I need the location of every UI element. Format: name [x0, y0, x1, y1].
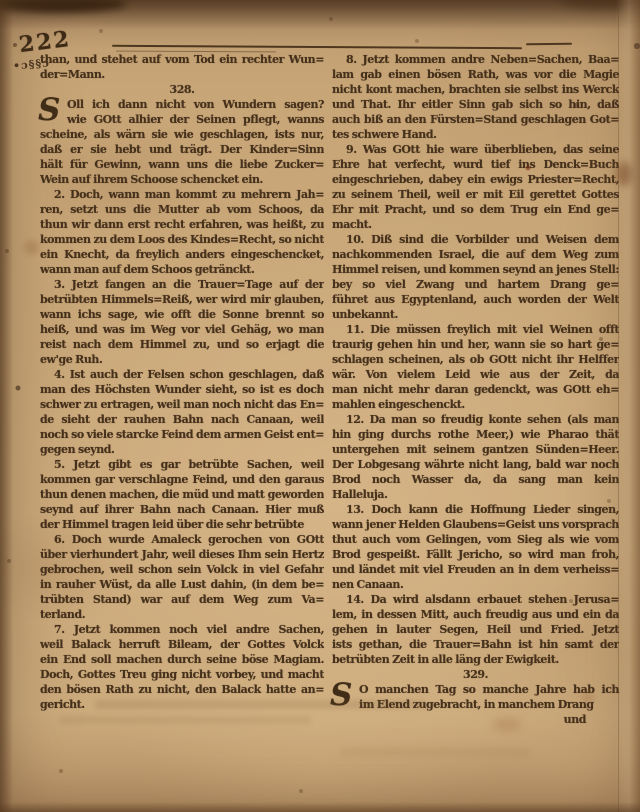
- line-text: schlagen scheinen, als ob GOtt nicht ihr…: [332, 353, 619, 366]
- line-text: 8. Jetzt kommen andre Neben=Sachen, Baa=: [346, 53, 619, 66]
- text-line-right-18: unbekannt.: [332, 307, 619, 322]
- line-text: wann man auf dem Schoos getränckt.: [40, 263, 254, 276]
- text-line-right-1: 8. Jetzt kommen andre Neben=Sachen, Baa=: [332, 52, 619, 67]
- line-text: der Himmel tragen leid über die sehr bet…: [40, 518, 304, 532]
- line-text: hin ging durchs rothe Meer,) wie Pharao …: [332, 428, 619, 441]
- line-text: 2. Doch, wann man kommt zu mehrern Jah=: [54, 188, 324, 201]
- line-text: gehen in lauter Segen, Heil und Fried. J…: [332, 623, 619, 636]
- text-line-left-39: 7. Jetzt kommen noch viel andre Sachen,: [40, 622, 324, 637]
- line-text: 9. Was GOtt hie ware überblieben, das se…: [346, 143, 619, 156]
- line-text: wie GOtt alhier der Seinen pflegt, wanns: [67, 113, 324, 126]
- text-line-left-22: 4. Ist auch der Felsen schon geschlagen,…: [40, 367, 324, 382]
- text-line-left-25: de sieht der rauhen Bahn nach Canaan, we…: [40, 412, 324, 427]
- line-text: im Elend zugebracht, in manchem Drang: [359, 698, 594, 711]
- line-text: lem, in dessen Mitt, auch freudig aus un…: [332, 608, 619, 621]
- line-text: hält für Gewinn, wann uns die liebe Zuck…: [40, 158, 324, 171]
- line-text: 7. Jetzt kommen noch viel andre Sachen,: [54, 623, 324, 636]
- line-text: 3. Jetzt fangen an die Trauer=Tage auf d…: [54, 278, 324, 291]
- text-line-right-12: macht.: [332, 217, 619, 232]
- line-text: tes schwere Hand.: [332, 128, 436, 141]
- ink-bleedthrough: [340, 748, 530, 756]
- text-line-right-15: Himmel reisen, und kommen seynd an jenes…: [332, 262, 619, 277]
- text-line-left-16: 3. Jetzt fangen an die Trauer=Tage auf d…: [40, 277, 324, 292]
- line-text: Ehr mit Pracht, und so dem Trug ein End …: [332, 203, 619, 216]
- text-line-right-19: 11. Die müssen freylich mit viel Weinen …: [332, 322, 619, 337]
- line-text: Himmel reisen, und kommen seynd an jenes…: [332, 263, 619, 276]
- text-line-left-43: den bösen Rath zu nicht, den Balack hatt…: [40, 682, 324, 697]
- line-text: nen Canaan.: [332, 578, 403, 591]
- line-text: seynd auf ihrer Bahn nach Canaan. Hier m…: [40, 503, 324, 516]
- line-text: traurig gehen hin und her, wann sie so h…: [332, 338, 619, 351]
- text-line-right-38: lem, in dessen Mitt, auch freudig aus un…: [332, 607, 619, 622]
- line-text: trübten Stand) war auf dem Weg zum Va=: [40, 593, 324, 606]
- text-line-right-42: 329.: [332, 667, 619, 682]
- text-line-right-7: 9. Was GOtt hie ware überblieben, das se…: [332, 142, 619, 157]
- line-text: thun wir dann erst recht erfahren, was h…: [40, 218, 324, 231]
- line-text: gericht.: [40, 698, 85, 711]
- line-text: 329.: [463, 668, 488, 681]
- text-line-right-8: Ehre hat verfecht, wurd tief ins Denck=B…: [332, 157, 619, 172]
- line-text: in rauher Wüst, da alle Lust dahin, (in …: [40, 578, 324, 591]
- line-text: kommen gar verschlagne Feind, und den ga…: [40, 473, 324, 486]
- line-text: kommen zu dem Loos des Kindes=Recht, so …: [40, 233, 324, 246]
- text-line-left-36: in rauher Wüst, da alle Lust dahin, (in …: [40, 577, 324, 592]
- text-line-left-5: wie GOtt alhier der Seinen pflegt, wanns: [40, 112, 324, 127]
- line-text: eingeschrieben, dabey ein ewigs Priester…: [332, 173, 619, 186]
- text-line-left-12: thun wir dann erst recht erfahren, was h…: [40, 217, 324, 232]
- text-line-left-11: ren, setzt uns die Mutter ab vom Schoos,…: [40, 202, 324, 217]
- line-text: 6. Doch wurde Amaleck gerochen von GOtt: [54, 533, 324, 546]
- text-line-left-40: weil Balack herruft Bileam, der Gottes V…: [40, 637, 324, 652]
- text-line-right-21: schlagen scheinen, als ob GOtt nicht ihr…: [332, 352, 619, 367]
- text-line-right-11: Ehr mit Pracht, und so dem Trug ein End …: [332, 202, 619, 217]
- text-line-left-24: schwer zu ertragen, weil man noch nicht …: [40, 397, 324, 412]
- text-line-left-34: über vierhundert Jahr, weil dieses Ihm s…: [40, 547, 324, 562]
- line-text: 13. Doch kann die Hoffnung Lieder singen…: [346, 503, 619, 516]
- line-text: de sieht der rauhen Bahn nach Canaan, we…: [40, 413, 324, 426]
- line-text: Wein auf ihrem Schoose schencket ein.: [40, 173, 263, 186]
- line-text: führet aus Egyptenland, auch worden der …: [332, 293, 619, 306]
- line-text: reist nach dem Himmel zu, und so erjagt …: [40, 338, 324, 351]
- header-rule-right: [526, 43, 572, 45]
- text-line-right-45: und: [332, 712, 619, 727]
- text-line-right-9: eingeschrieben, dabey ein ewigs Priester…: [332, 172, 619, 187]
- text-line-left-41: ein End soll machen durch seine böse Mag…: [40, 652, 324, 667]
- line-text: ein End soll machen durch seine böse Mag…: [40, 653, 324, 666]
- line-text: 328.: [170, 83, 195, 96]
- text-line-left-28: 5. Jetzt gibt es gar betrübte Sachen, we…: [40, 457, 324, 472]
- text-line-right-10: zu seinem Theil, weil er mit Eil gerette…: [332, 187, 619, 202]
- text-line-left-9: Wein auf ihrem Schoose schencket ein.: [40, 172, 324, 187]
- text-line-left-42: Doch, Gottes Treu ging nicht vorbey, und…: [40, 667, 324, 682]
- text-line-right-17: führet aus Egyptenland, auch worden der …: [332, 292, 619, 307]
- text-line-right-34: Brod gespeißt. Fällt Jericho, so wird ma…: [332, 547, 619, 562]
- line-text: thut auch vom Gelingen, vom Sieg als wie…: [332, 533, 619, 546]
- text-line-left-17: betrübten Himmels=Reiß, wer wird mir gla…: [40, 292, 324, 307]
- line-text: 11. Die müssen freylich mit viel Weinen …: [346, 323, 619, 336]
- text-line-right-28: Der Lobgesang währte nicht lang, bald wa…: [332, 457, 619, 472]
- text-line-right-22: wär. Von vielem Leid wie aus der Zeit, d…: [332, 367, 619, 382]
- text-line-right-35: und ländet mit viel Freuden an in dem ve…: [332, 562, 619, 577]
- text-line-left-8: hält für Gewinn, wann uns die liebe Zuck…: [40, 157, 324, 172]
- line-text: nachkommenden Israel, die auf dem Weg zu…: [332, 248, 619, 261]
- line-text: schwer zu ertragen, weil man noch nicht …: [40, 398, 324, 411]
- line-text: gebrochen, weil schon sein Volck in viel…: [40, 563, 324, 576]
- text-line-right-6: tes schwere Hand.: [332, 127, 619, 142]
- line-text: wär. Von vielem Leid wie aus der Zeit, d…: [332, 368, 619, 381]
- line-text: ists gethan, die Trauer=Bahn ist hin sam…: [332, 638, 619, 651]
- line-text: den bösen Rath zu nicht, den Balack hatt…: [40, 683, 324, 696]
- text-line-right-16: bey so viel Zwang und hartem Drang ge=: [332, 277, 619, 292]
- line-text: und ländet mit viel Freuden an in dem ve…: [332, 563, 619, 576]
- line-text: O manchen Tag so manche Jahre hab ich: [359, 683, 619, 696]
- text-line-left-14: ein Knecht, da freylich anders eingesche…: [40, 247, 324, 262]
- text-line-left-15: wann man auf dem Schoos getränckt.: [40, 262, 324, 277]
- line-text: Oll ich dann nicht von Wundern sagen?: [67, 98, 324, 111]
- text-line-left-29: kommen gar verschlagne Feind, und den ga…: [40, 472, 324, 487]
- line-text: auch biß an den Fürsten=Stand geschlagen…: [332, 113, 619, 126]
- header-rule-left: [112, 45, 522, 50]
- line-text: 10. Diß sind die Vorbilder und Weisen de…: [346, 233, 619, 246]
- page-top-edge-shadow: [0, 0, 640, 30]
- text-line-right-44: im Elend zugebracht, in manchem Drang: [332, 697, 619, 712]
- text-line-left-23: man des Höchsten Wunder sieht, so ist es…: [40, 382, 324, 397]
- text-line-right-5: auch biß an den Fürsten=Stand geschlagen…: [332, 112, 619, 127]
- text-line-right-26: hin ging durchs rothe Meer,) wie Pharao …: [332, 427, 619, 442]
- line-text: der=Mann.: [40, 68, 105, 81]
- text-line-right-37: 14. Da wird alsdann erbauet stehen Jerus…: [332, 592, 619, 607]
- text-line-left-35: gebrochen, weil schon sein Volck in viel…: [40, 562, 324, 577]
- line-text: Der Lobgesang währte nicht lang, bald wa…: [332, 458, 619, 471]
- text-line-right-43: SO manchen Tag so manche Jahre hab ich: [332, 682, 619, 697]
- line-text: Brod gespeißt. Fällt Jericho, so wird ma…: [332, 548, 619, 561]
- text-line-left-32: der Himmel tragen leid über die sehr bet…: [40, 517, 324, 532]
- line-text: man des Höchsten Wunder sieht, so ist es…: [40, 383, 324, 396]
- line-text: wann jener Helden Glaubens=Geist uns vor…: [332, 518, 619, 531]
- text-line-right-23: man nicht mehr daran gedenckt, was GOtt …: [332, 382, 619, 397]
- line-text: betrübten Zeit in alle läng der Ewigkeit…: [332, 653, 559, 666]
- text-line-right-24: mahlen eingeschenckt.: [332, 397, 619, 412]
- line-text: bey so viel Zwang und hartem Drang ge=: [332, 278, 619, 291]
- line-text: über vierhundert Jahr, weil dieses Ihm s…: [40, 548, 324, 561]
- line-text: heiß, und was im Weg vor viel Gehäg, wo …: [40, 323, 324, 336]
- line-text: wann ichs sage, wie offt die Sonne brenn…: [40, 308, 324, 321]
- text-line-left-13: kommen zu dem Loos des Kindes=Recht, so …: [40, 232, 324, 247]
- text-line-right-36: nen Canaan.: [332, 577, 619, 592]
- text-line-right-40: ists gethan, die Trauer=Bahn ist hin sam…: [332, 637, 619, 652]
- text-line-right-32: wann jener Helden Glaubens=Geist uns vor…: [332, 517, 619, 532]
- line-text: mahlen eingeschenckt.: [332, 398, 465, 411]
- text-line-right-13: 10. Diß sind die Vorbilder und Weisen de…: [332, 232, 619, 247]
- line-text: gegen seynd.: [40, 443, 114, 456]
- text-line-left-37: trübten Stand) war auf dem Weg zum Va=: [40, 592, 324, 607]
- text-line-right-14: nachkommenden Israel, die auf dem Weg zu…: [332, 247, 619, 262]
- line-text: 5. Jetzt gibt es gar betrübte Sachen, we…: [54, 458, 324, 471]
- line-text: Halleluja.: [332, 488, 388, 501]
- text-line-right-2: lam gab einen bösen Rath, was vor die Ma…: [332, 67, 619, 82]
- text-line-right-41: betrübten Zeit in alle läng der Ewigkeit…: [332, 652, 619, 667]
- ink-bleedthrough: [60, 716, 310, 724]
- text-line-right-39: gehen in lauter Segen, Heil und Fried. J…: [332, 622, 619, 637]
- text-line-left-20: reist nach dem Himmel zu, und so erjagt …: [40, 337, 324, 352]
- text-line-right-29: Brod noch Wasser da, da sang man kein: [332, 472, 619, 487]
- text-line-left-44: gericht.: [40, 697, 324, 712]
- text-line-right-31: 13. Doch kann die Hoffnung Lieder singen…: [332, 502, 619, 517]
- text-line-right-25: 12. Da man so freudig konte sehen (als m…: [332, 412, 619, 427]
- line-text: lam gab einen bösen Rath, was vor die Ma…: [332, 68, 619, 81]
- text-line-left-33: 6. Doch wurde Amaleck gerochen von GOtt: [40, 532, 324, 547]
- text-line-left-19: heiß, und was im Weg vor viel Gehäg, wo …: [40, 322, 324, 337]
- line-text: nicht kont machen, brachten sie selbst i…: [332, 83, 619, 96]
- line-text: noch so viele starcke Feind dem armen Ge…: [40, 428, 324, 441]
- line-text: und: [564, 713, 586, 726]
- text-line-left-27: gegen seynd.: [40, 442, 324, 457]
- line-text: Ehre hat verfecht, wurd tief ins Denck=B…: [332, 158, 619, 171]
- text-line-left-1: than, und stehet auf vom Tod ein rechter…: [40, 52, 324, 67]
- line-text: than, und stehet auf vom Tod ein rechter…: [40, 53, 324, 66]
- line-text: und That. Ihr eitler Sinn gab sich so hi…: [332, 98, 619, 111]
- line-text: daß er sie hebt und trägt. Der Kinder=Si…: [40, 143, 324, 156]
- line-text: zu seinem Theil, weil er mit Eil gerette…: [332, 188, 619, 201]
- text-line-left-31: seynd auf ihrer Bahn nach Canaan. Hier m…: [40, 502, 324, 517]
- line-text: ein Knecht, da freylich anders eingesche…: [40, 248, 324, 262]
- line-text: Doch, Gottes Treu ging nicht vorbey, und…: [40, 668, 324, 681]
- text-line-left-3: 328.: [40, 82, 324, 97]
- text-line-right-20: traurig gehen hin und her, wann sie so h…: [332, 337, 619, 352]
- line-text: terland.: [40, 608, 85, 621]
- line-text: ren, setzt uns die Mutter ab vom Schoos,…: [40, 203, 324, 216]
- line-text: weil Balack herruft Bileam, der Gottes V…: [40, 638, 324, 651]
- column-right: 8. Jetzt kommen andre Neben=Sachen, Baa=…: [332, 52, 619, 727]
- line-text: macht.: [332, 218, 372, 231]
- text-line-right-30: Halleluja.: [332, 487, 619, 502]
- page-fore-edge: [616, 0, 640, 812]
- line-text: 4. Ist auch der Felsen schon geschlagen,…: [54, 368, 324, 381]
- text-line-left-18: wann ichs sage, wie offt die Sonne brenn…: [40, 307, 324, 322]
- page-gutter-shadow: [0, 0, 13, 812]
- text-line-right-4: und That. Ihr eitler Sinn gab sich so hi…: [332, 97, 619, 112]
- line-text: scheine, als wärn sie wie geschlagen, is…: [40, 128, 324, 141]
- page-bottom-edge-shadow: [0, 802, 640, 812]
- line-text: Brod noch Wasser da, da sang man kein: [332, 473, 619, 486]
- text-line-left-2: der=Mann.: [40, 67, 324, 82]
- line-text: untergehen mit seinem gantzen Sünden=Hee…: [332, 443, 619, 456]
- column-left: than, und stehet auf vom Tod ein rechter…: [40, 52, 324, 712]
- text-line-right-33: thut auch vom Gelingen, vom Sieg als wie…: [332, 532, 619, 547]
- text-line-left-30: thun denen machen, die müd und matt gewo…: [40, 487, 324, 502]
- text-line-left-6: scheine, als wärn sie wie geschlagen, is…: [40, 127, 324, 142]
- book-page-scan: 222 •ɔ§§ɔ than, und stehet auf vom Tod e…: [0, 0, 640, 812]
- text-line-left-26: noch so viele starcke Feind dem armen Ge…: [40, 427, 324, 442]
- line-text: 12. Da man so freudig konte sehen (als m…: [346, 413, 619, 426]
- line-text: man nicht mehr daran gedenckt, was GOtt …: [332, 383, 619, 396]
- text-line-left-38: terland.: [40, 607, 324, 622]
- text-line-left-21: ew'ge Ruh.: [40, 352, 324, 367]
- text-line-left-4: SOll ich dann nicht von Wundern sagen?: [40, 97, 324, 112]
- line-text: betrübten Himmels=Reiß, wer wird mir gla…: [40, 293, 324, 306]
- text-line-right-3: nicht kont machen, brachten sie selbst i…: [332, 82, 619, 97]
- text-line-left-10: 2. Doch, wann man kommt zu mehrern Jah=: [40, 187, 324, 202]
- line-text: 14. Da wird alsdann erbauet stehen Jerus…: [346, 593, 619, 606]
- line-text: thun denen machen, die müd und matt gewo…: [40, 488, 324, 501]
- text-line-right-27: untergehen mit seinem gantzen Sünden=Hee…: [332, 442, 619, 457]
- paper-stain: [24, 240, 39, 255]
- line-text: ew'ge Ruh.: [40, 353, 102, 366]
- text-line-left-7: daß er sie hebt und trägt. Der Kinder=Si…: [40, 142, 324, 157]
- line-text: unbekannt.: [332, 308, 398, 321]
